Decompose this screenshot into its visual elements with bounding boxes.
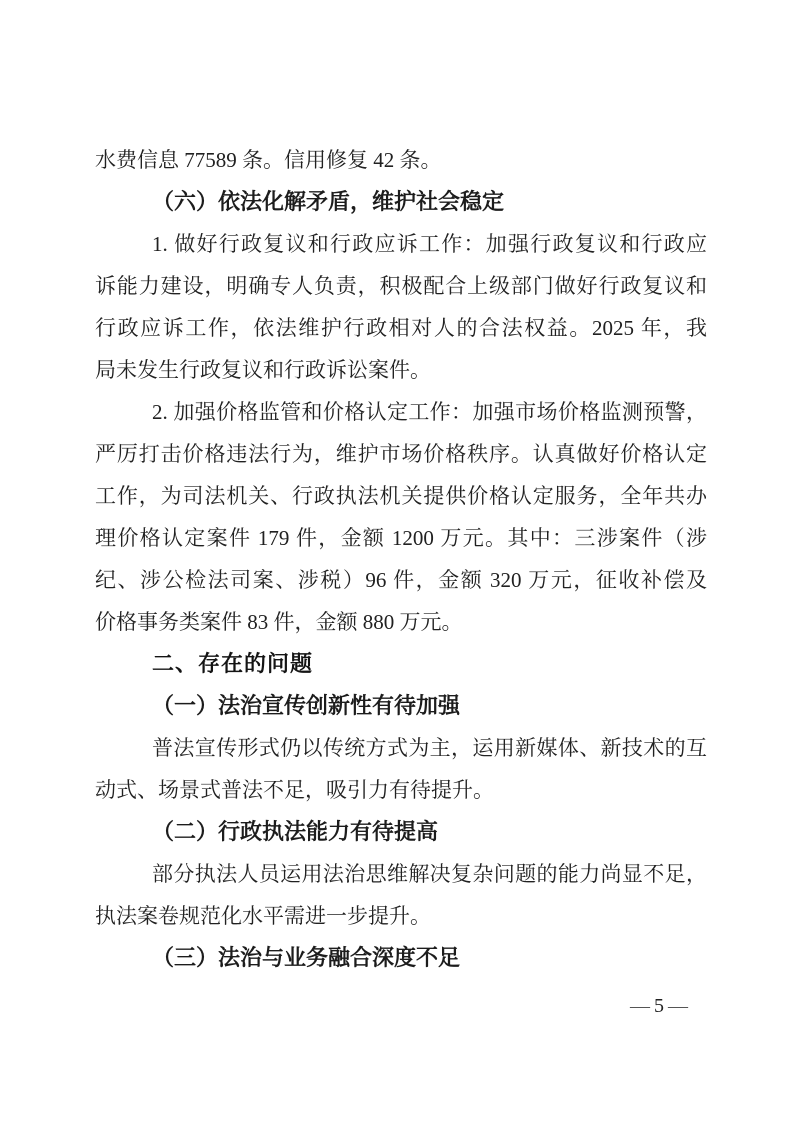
body-line: 行政应诉工作，依法维护行政相对人的合法权益。2025 年，我 [95, 307, 707, 349]
paragraph-start-line: 部分执法人员运用法治思维解决复杂问题的能力尚显不足， [95, 853, 707, 895]
paragraph-end-line: 局未发生行政复议和行政诉讼案件。 [95, 349, 707, 391]
body-line: 严厉打击价格违法行为，维护市场价格秩序。认真做好价格认定 [95, 433, 707, 475]
page-number: 5 [654, 995, 664, 1018]
paragraph-end-line: 执法案卷规范化水平需进一步提升。 [95, 895, 707, 937]
body-line: 理价格认定案件 179 件，金额 1200 万元。其中：三涉案件（涉 [95, 517, 707, 559]
heading-problem-2: （二）行政执法能力有待提高 [95, 811, 707, 853]
page-number-dash-right: — [668, 995, 688, 1018]
document-page: 水费信息 77589 条。信用修复 42 条。 （六）依法化解矛盾，维护社会稳定… [0, 0, 792, 1121]
body-line: 水费信息 77589 条。信用修复 42 条。 [95, 139, 707, 181]
heading-problem-3: （三）法治与业务融合深度不足 [95, 937, 707, 979]
paragraph-start-line: 1. 做好行政复议和行政应诉工作：加强行政复议和行政应 [95, 223, 707, 265]
body-line: 工作，为司法机关、行政执法机关提供价格认定服务，全年共办 [95, 475, 707, 517]
heading-problems-section: 二、存在的问题 [95, 643, 707, 685]
paragraph-start-line: 2. 加强价格监管和价格认定工作：加强市场价格监测预警， [95, 391, 707, 433]
document-text-block: 水费信息 77589 条。信用修复 42 条。 （六）依法化解矛盾，维护社会稳定… [95, 139, 707, 979]
paragraph-end-line: 动式、场景式普法不足，吸引力有待提升。 [95, 769, 707, 811]
page-number-dash-left: — [630, 995, 650, 1018]
body-line: 诉能力建设，明确专人负责，积极配合上级部门做好行政复议和 [95, 265, 707, 307]
body-line: 纪、涉公检法司案、涉税）96 件，金额 320 万元，征收补偿及 [95, 559, 707, 601]
heading-problem-1: （一）法治宣传创新性有待加强 [95, 685, 707, 727]
page-number-footer: — 5 — [630, 992, 688, 1020]
paragraph-end-line: 价格事务类案件 83 件，金额 880 万元。 [95, 601, 707, 643]
heading-section-6: （六）依法化解矛盾，维护社会稳定 [95, 181, 707, 223]
paragraph-start-line: 普法宣传形式仍以传统方式为主，运用新媒体、新技术的互 [95, 727, 707, 769]
